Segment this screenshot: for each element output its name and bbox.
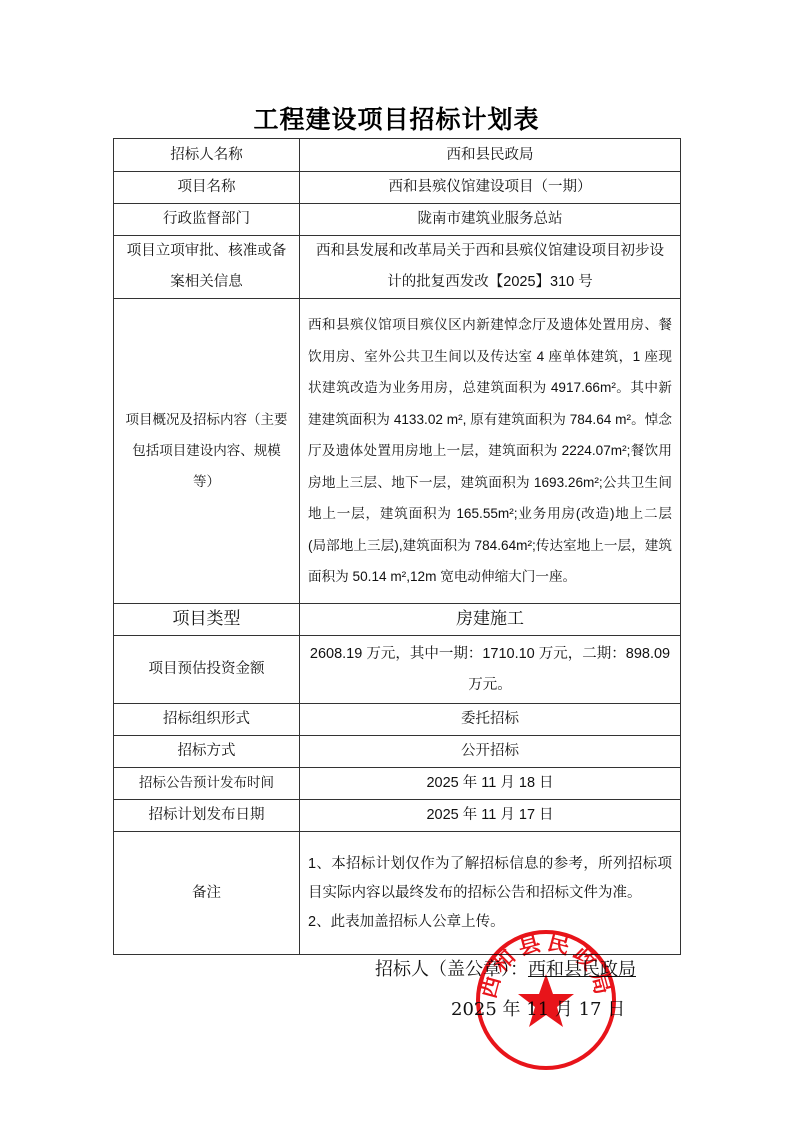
- row-label: 项目类型: [114, 604, 300, 636]
- row-value: 公开招标: [300, 736, 681, 768]
- table-row: 招标方式 公开招标: [114, 736, 681, 768]
- tender-plan-table: 招标人名称 西和县民政局 项目名称 西和县殡仪馆建设项目（一期） 行政监督部门 …: [113, 138, 681, 955]
- table-row: 招标公告预计发布时间 2025 年 11 月 18 日: [114, 768, 681, 800]
- row-label: 行政监督部门: [114, 204, 300, 236]
- row-value: 陇南市建筑业服务总站: [300, 204, 681, 236]
- table-row: 项目立项审批、核准或备案相关信息 西和县发展和改革局关于西和县殡仪馆建设项目初步…: [114, 236, 681, 299]
- table-row: 招标人名称 西和县民政局: [114, 139, 681, 172]
- row-label: 备注: [114, 832, 300, 955]
- table-row: 项目类型 房建施工: [114, 604, 681, 636]
- row-label: 招标人名称: [114, 139, 300, 172]
- row-value: 2025 年 11 月 18 日: [300, 768, 681, 800]
- table-row: 招标组织形式 委托招标: [114, 704, 681, 736]
- row-label: 招标计划发布日期: [114, 800, 300, 832]
- table-row: 项目名称 西和县殡仪馆建设项目（一期）: [114, 172, 681, 204]
- row-value: 西和县殡仪馆项目殡仪区内新建悼念厅及遗体处置用房、餐饮用房、室外公共卫生间以及传…: [300, 299, 681, 604]
- row-label: 项目预估投资金额: [114, 636, 300, 704]
- table-row: 行政监督部门 陇南市建筑业服务总站: [114, 204, 681, 236]
- row-value: 委托招标: [300, 704, 681, 736]
- row-value: 西和县民政局: [300, 139, 681, 172]
- table-row: 项目预估投资金额 2608.19 万元，其中一期：1710.10 万元，二期：8…: [114, 636, 681, 704]
- row-value: 西和县发展和改革局关于西和县殡仪馆建设项目初步设计的批复西发改【2025】310…: [300, 236, 681, 299]
- row-value: 2608.19 万元，其中一期：1710.10 万元，二期：898.09 万元。: [300, 636, 681, 704]
- row-label: 项目名称: [114, 172, 300, 204]
- row-label: 项目概况及招标内容（主要包括项目建设内容、规模等）: [114, 299, 300, 604]
- star-icon: [518, 974, 574, 1027]
- row-value: 2025 年 11 月 17 日: [300, 800, 681, 832]
- table-row: 招标计划发布日期 2025 年 11 月 17 日: [114, 800, 681, 832]
- row-label: 项目立项审批、核准或备案相关信息: [114, 236, 300, 299]
- official-seal-stamp: 西和县民政局: [474, 928, 618, 1072]
- row-label: 招标公告预计发布时间: [114, 768, 300, 800]
- remark-line: 1、本招标计划仅作为了解招标信息的参考，所列招标项目实际内容以最终发布的招标公告…: [308, 850, 672, 908]
- row-value: 房建施工: [300, 604, 681, 636]
- row-label: 招标方式: [114, 736, 300, 768]
- row-label: 招标组织形式: [114, 704, 300, 736]
- table-row: 项目概况及招标内容（主要包括项目建设内容、规模等） 西和县殡仪馆项目殡仪区内新建…: [114, 299, 681, 604]
- row-value: 西和县殡仪馆建设项目（一期）: [300, 172, 681, 204]
- page-title: 工程建设项目招标计划表: [0, 100, 793, 136]
